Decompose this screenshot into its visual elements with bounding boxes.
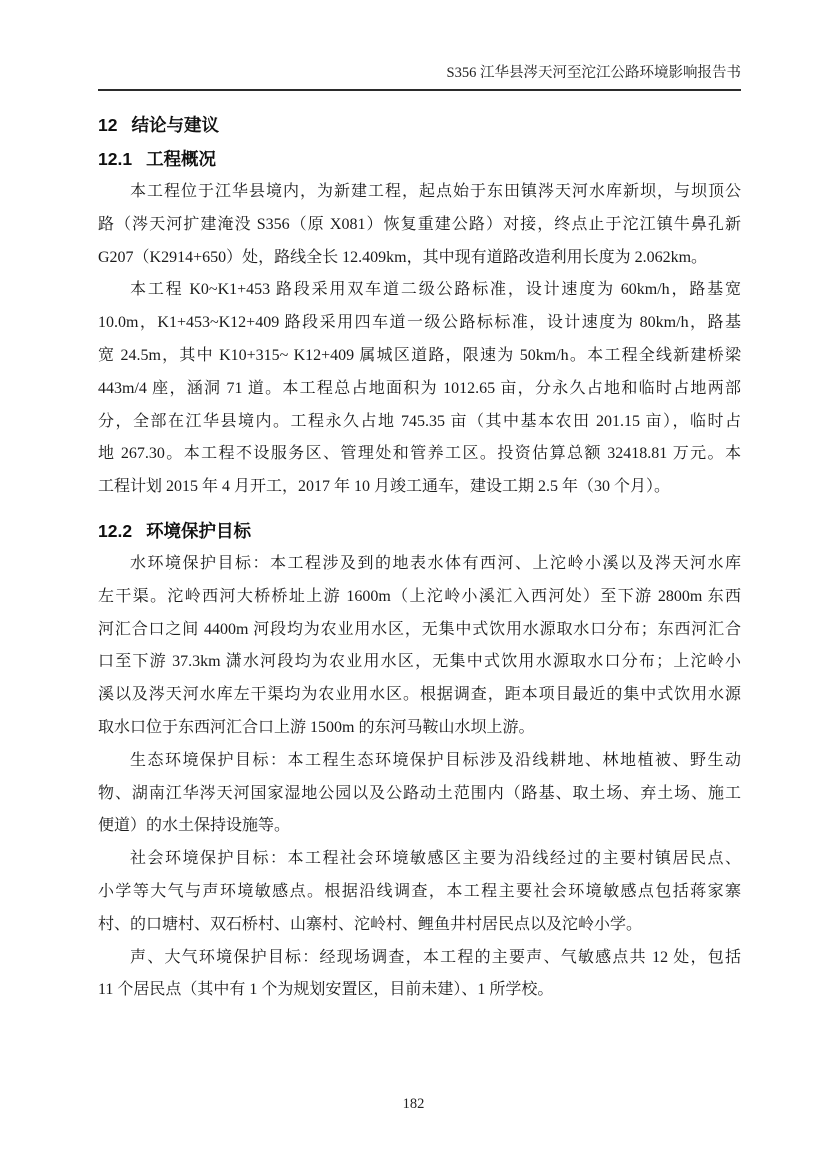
body-line: 便道）的水土保持设施等。: [98, 810, 741, 843]
body-line: 工程计划 2015 年 4 月开工，2017 年 10 月竣工通车，建设工期 2…: [98, 471, 741, 504]
body-line: 社会环境保护目标：本工程社会环境敏感区主要为沿线经过的主要村镇居民点、: [98, 843, 741, 876]
paragraph: 水环境保护目标：本工程涉及到的地表水体有西河、上沱岭小溪以及涔天河水库 左干渠。…: [98, 548, 741, 745]
section-number: 12.1: [98, 146, 132, 172]
body-line: 本工程 K0~K1+453 路段采用双车道二级公路标准，设计速度为 60km/h…: [98, 274, 741, 307]
body-line: 取水口位于东西河汇合口上游 1500m 的东河马鞍山水坝上游。: [98, 712, 741, 745]
body-line: 村、的口塘村、双石桥村、山寨村、沱岭村、鲤鱼井村居民点以及沱岭小学。: [98, 909, 741, 942]
body-line: 声、大气环境保护目标：经现场调查，本工程的主要声、气敏感点共 12 处，包括: [98, 942, 741, 975]
body-line: G207（K2914+650）处，路线全长 12.409km，其中现有道路改造利…: [98, 242, 741, 275]
paragraph: 声、大气环境保护目标：经现场调查，本工程的主要声、气敏感点共 12 处，包括 1…: [98, 942, 741, 1008]
paragraph: 本工程 K0~K1+453 路段采用双车道二级公路标准，设计速度为 60km/h…: [98, 274, 741, 504]
body-line: 地 267.30。本工程不设服务区、管理处和管养工区。投资估算总额 32418.…: [98, 438, 741, 471]
body-line: 口至下游 37.3km 潇水河段均为农业用水区，无集中式饮用水源取水口分布；上沱…: [98, 646, 741, 679]
header-divider: [98, 89, 741, 91]
body-line: 河汇合口之间 4400m 河段均为农业用水区，无集中式饮用水源取水口分布；东西河…: [98, 614, 741, 647]
body-line: 左干渠。沱岭西河大桥桥址上游 1600m（上沱岭小溪汇入西河处）至下游 2800…: [98, 581, 741, 614]
body-line: 生态环境保护目标：本工程生态环境保护目标涉及沿线耕地、林地植被、野生动: [98, 745, 741, 778]
running-header: S356 江华县涔天河至沱江公路环境影响报告书: [98, 63, 741, 83]
body-line: 溪以及涔天河水库左干渠均为农业用水区。根据调查，距本项目最近的集中式饮用水源: [98, 679, 741, 712]
body-line: 分，全部在江华县境内。工程永久占地 745.35 亩（其中基本农田 201.15…: [98, 406, 741, 439]
body-line: 小学等大气与声环境敏感点。根据沿线调查，本工程主要社会环境敏感点包括蒋家寨: [98, 876, 741, 909]
body-line: 11 个居民点（其中有 1 个为规划安置区，目前未建）、1 所学校。: [98, 974, 741, 1007]
page-number: 182: [0, 1096, 827, 1113]
body-line: 本工程位于江华县境内，为新建工程，起点始于东田镇涔天河水库新坝，与坝顶公: [98, 176, 741, 209]
paragraph: 生态环境保护目标：本工程生态环境保护目标涉及沿线耕地、林地植被、野生动 物、湖南…: [98, 745, 741, 843]
section-heading-12-1: 12.1工程概况: [98, 146, 741, 172]
body-line: 10.0m，K1+453~K12+409 路段采用四车道一级公路标标准，设计速度…: [98, 307, 741, 340]
section-number: 12.2: [98, 518, 132, 544]
section-title: 工程概况: [146, 149, 216, 169]
section-title: 环境保护目标: [146, 521, 251, 541]
body-line: 路（涔天河扩建淹没 S356（原 X081）恢复重建公路）对接，终点止于沱江镇牛…: [98, 209, 741, 242]
body-line: 宽 24.5m，其中 K10+315~ K12+409 属城区道路，限速为 50…: [98, 340, 741, 373]
section-heading-12-2: 12.2环境保护目标: [98, 518, 741, 544]
body-line: 水环境保护目标：本工程涉及到的地表水体有西河、上沱岭小溪以及涔天河水库: [98, 548, 741, 581]
body-line: 443m/4 座，涵洞 71 道。本工程总占地面积为 1012.65 亩，分永久…: [98, 373, 741, 406]
paragraph: 社会环境保护目标：本工程社会环境敏感区主要为沿线经过的主要村镇居民点、 小学等大…: [98, 843, 741, 941]
chapter-number: 12: [98, 112, 117, 138]
document-page: S356 江华县涔天河至沱江公路环境影响报告书 12结论与建议 12.1工程概况…: [0, 0, 827, 1169]
chapter-heading: 12结论与建议: [98, 112, 741, 138]
chapter-title: 结论与建议: [131, 115, 219, 135]
paragraph: 本工程位于江华县境内，为新建工程，起点始于东田镇涔天河水库新坝，与坝顶公 路（涔…: [98, 176, 741, 274]
body-line: 物、湖南江华涔天河国家湿地公园以及公路动土范围内（路基、取土场、弃土场、施工: [98, 778, 741, 811]
